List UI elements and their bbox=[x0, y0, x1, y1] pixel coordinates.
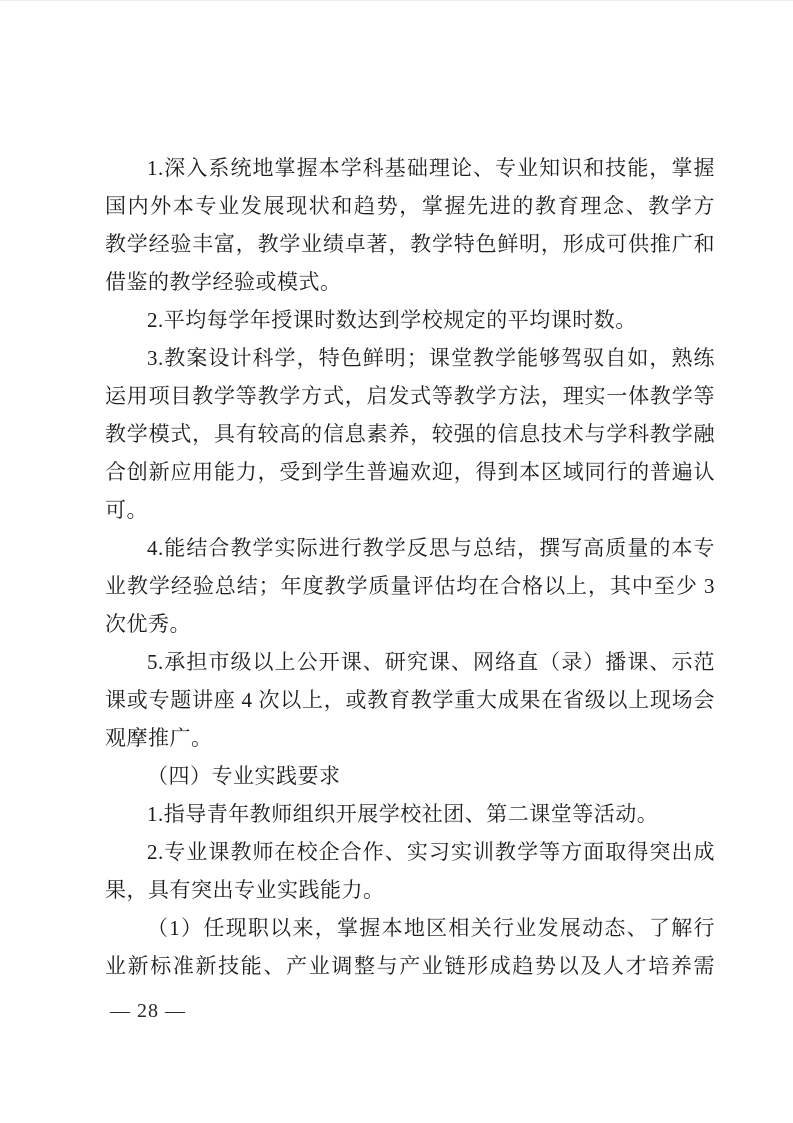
text-line: 3.教案设计科学，特色鲜明；课堂教学能够驾驭自如，熟练 bbox=[105, 339, 715, 377]
document-body-text: 1.深入系统地掌握本学科基础理论、专业知识和技能，掌握 国内外本专业发展现状和趋… bbox=[105, 149, 715, 985]
text-line: 国内外本专业发展现状和趋势，掌握先进的教育理念、教学方法， bbox=[105, 187, 715, 225]
text-line: 2.平均每学年授课时数达到学校规定的平均课时数。 bbox=[105, 301, 715, 339]
text-line: 5.承担市级以上公开课、研究课、网络直（录）播课、示范 bbox=[105, 643, 715, 681]
text-line: 可。 bbox=[105, 491, 715, 529]
text-line: （1）任现职以来，掌握本地区相关行业发展动态、了解行 bbox=[105, 909, 715, 947]
text-line: 1.指导青年教师组织开展学校社团、第二课堂等活动。 bbox=[105, 795, 715, 833]
text-line: 业新标准新技能、产业调整与产业链形成趋势以及人才培养需 bbox=[105, 947, 715, 985]
page-number: — 28 — bbox=[110, 999, 186, 1023]
text-line: 观摩推广。 bbox=[105, 719, 715, 757]
document-page: 1.深入系统地掌握本学科基础理论、专业知识和技能，掌握 国内外本专业发展现状和趋… bbox=[0, 0, 793, 1123]
text-line: 课或专题讲座 4 次以上，或教育教学重大成果在省级以上现场会 bbox=[105, 681, 715, 719]
text-line: 1.深入系统地掌握本学科基础理论、专业知识和技能，掌握 bbox=[105, 149, 715, 187]
text-line: 借鉴的教学经验或模式。 bbox=[105, 263, 715, 301]
text-line: 教学经验丰富，教学业绩卓著，教学特色鲜明，形成可供推广和 bbox=[105, 225, 715, 263]
text-line: 运用项目教学等教学方式，启发式等教学方法，理实一体教学等 bbox=[105, 377, 715, 415]
text-line: 业教学经验总结；年度教学质量评估均在合格以上，其中至少 3 bbox=[105, 567, 715, 605]
section-heading: （四）专业实践要求 bbox=[105, 757, 715, 795]
text-line: 次优秀。 bbox=[105, 605, 715, 643]
text-line: 4.能结合教学实际进行教学反思与总结，撰写高质量的本专 bbox=[105, 529, 715, 567]
text-line: 2.专业课教师在校企合作、实习实训教学等方面取得突出成 bbox=[105, 833, 715, 871]
text-line: 教学模式，具有较高的信息素养，较强的信息技术与学科教学融 bbox=[105, 415, 715, 453]
text-line: 果，具有突出专业实践能力。 bbox=[105, 871, 715, 909]
text-line: 合创新应用能力，受到学生普遍欢迎，得到本区域同行的普遍认 bbox=[105, 453, 715, 491]
